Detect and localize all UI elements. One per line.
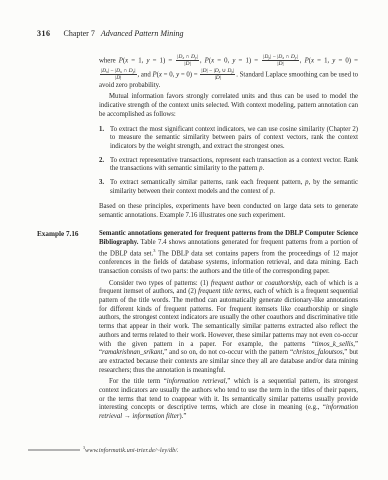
list-number: 3. (99, 179, 104, 188)
list-item-text: To extract representative transactions, … (110, 157, 358, 174)
example-paragraph-1: Semantic annotations generated for frequ… (99, 230, 358, 277)
footnote-url: www.informatik.uni-trier.de/~ley/db/. (85, 447, 179, 454)
list-item-1: 1. To extract the most significant conte… (99, 126, 358, 152)
list-item-text: To extract the most significant context … (110, 126, 358, 152)
example-paragraph-3: For the title term “information retrieva… (99, 378, 358, 422)
paragraph-mutual-information: Mutual information favors strongly corre… (99, 93, 358, 119)
page-header: 316 Chapter 7 Advanced Pattern Mining (37, 29, 183, 38)
list-item-2: 2. To extract representative transaction… (99, 157, 358, 174)
chapter-title: Advanced Pattern Mining (101, 29, 184, 38)
text-column: where P(x = 1, y = 1) = |Dx ∩ Dy||D|, P(… (99, 54, 358, 425)
list-item-3: 3. To extract semantically similar patte… (99, 179, 358, 196)
example-label: Example 7.16 (37, 230, 79, 239)
paragraph-based-on-principles: Based on these principles, experiments h… (99, 203, 358, 220)
paragraph-probability-formulas: where P(x = 1, y = 1) = |Dx ∩ Dy||D|, P(… (99, 54, 358, 90)
footnote-divider (28, 449, 80, 451)
example-paragraph-2: Consider two types of patterns: (1) freq… (99, 280, 358, 376)
list-number: 1. (99, 126, 104, 135)
example-7-16: Example 7.16 Semantic annotations genera… (99, 230, 358, 422)
chapter-label: Chapter 7 (64, 29, 95, 38)
footnote: 3www.informatik.uni-trier.de/~ley/db/. (83, 445, 179, 454)
page-number: 316 (37, 29, 51, 38)
book-page: 316 Chapter 7 Advanced Pattern Mining wh… (0, 0, 388, 480)
list-item-text: To extract semantically similar patterns… (110, 179, 358, 196)
list-number: 2. (99, 157, 104, 166)
numbered-list: 1. To extract the most significant conte… (99, 126, 358, 197)
